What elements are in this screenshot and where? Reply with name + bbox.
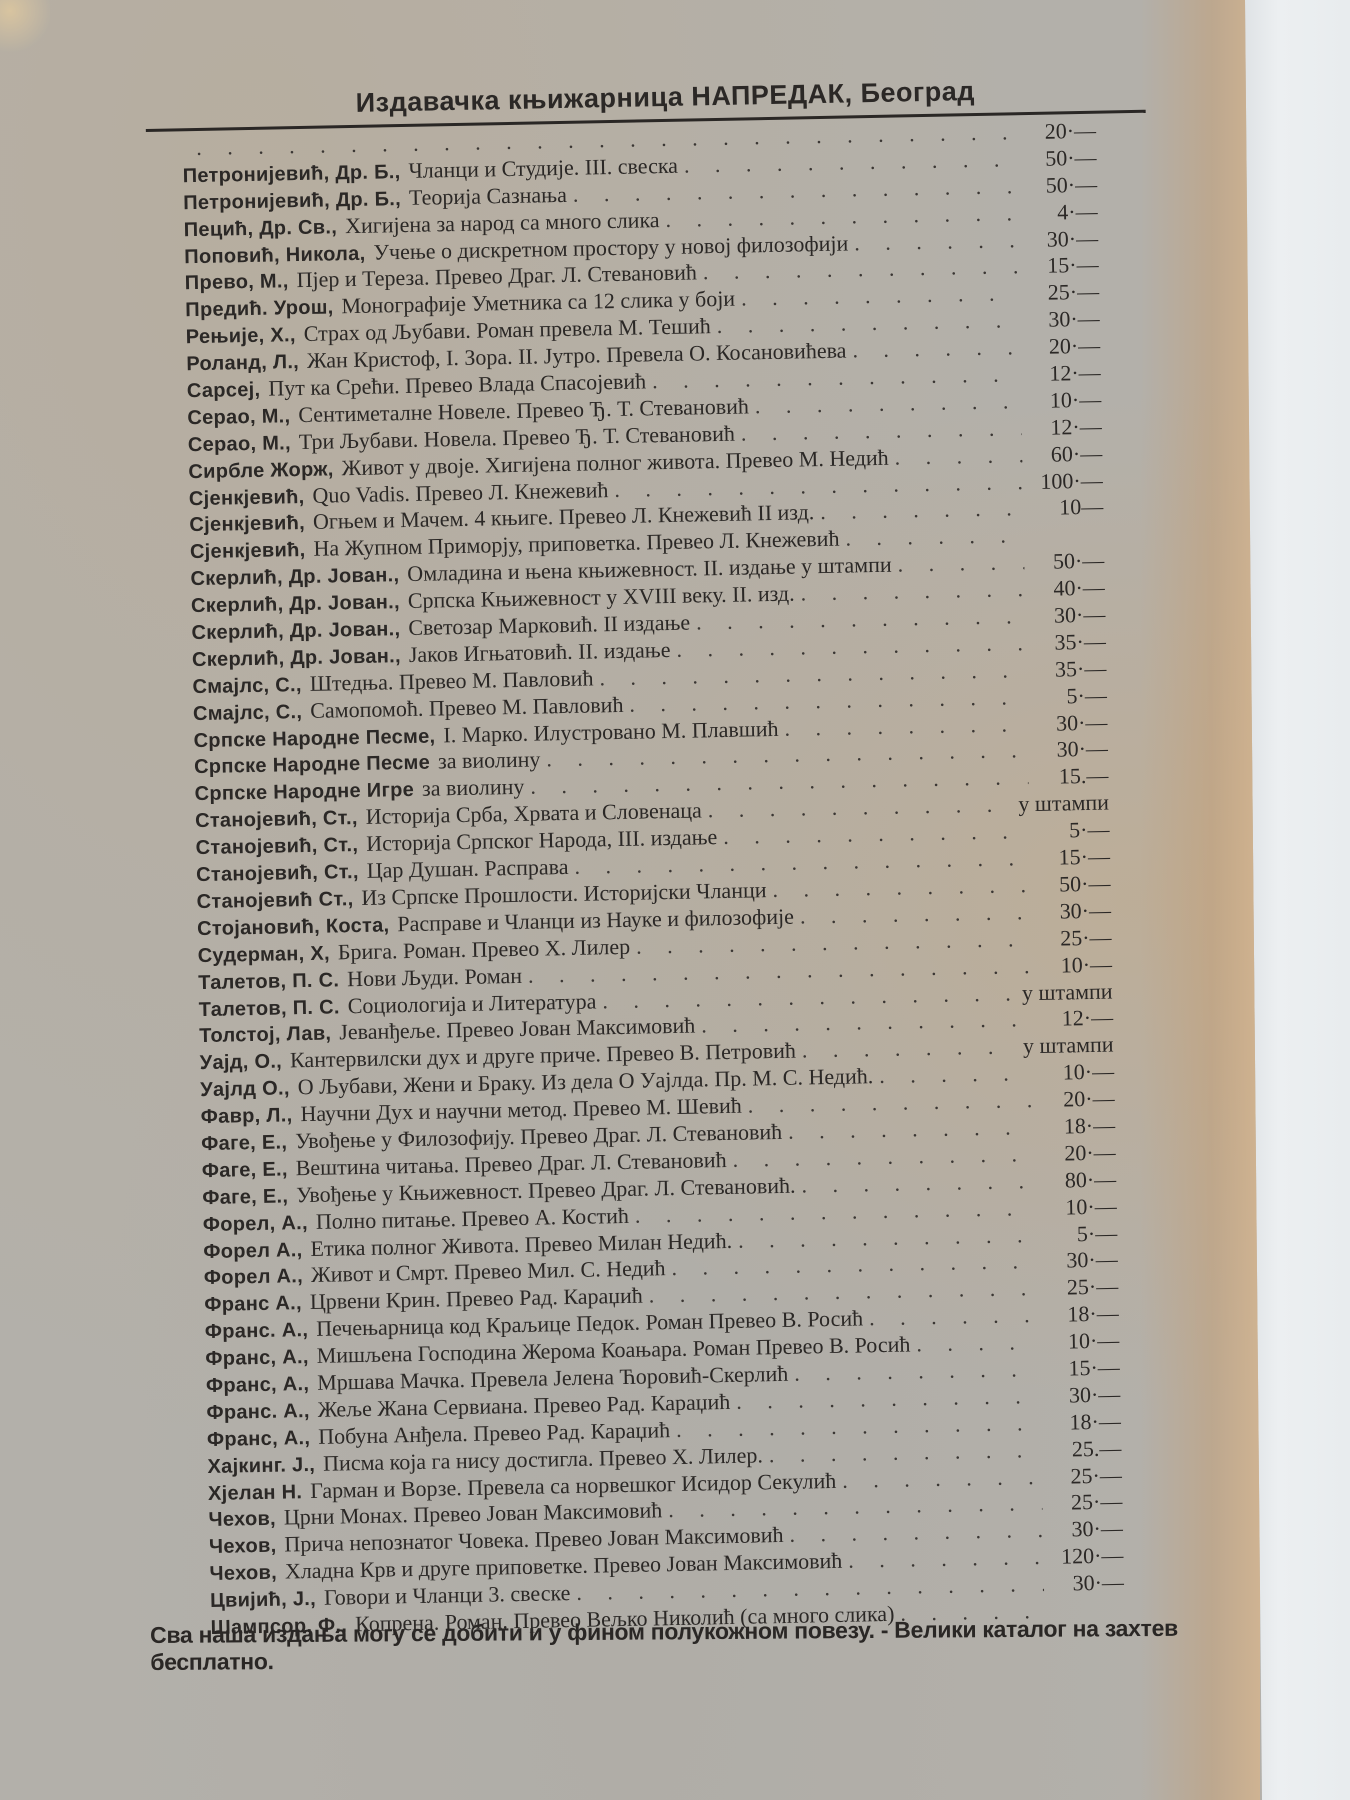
entry-title: за виолину	[438, 747, 541, 776]
entry-price: 50·—	[1030, 548, 1105, 576]
entry-price: 35·—	[1032, 629, 1107, 657]
entry-author: Предић. Урош,	[185, 295, 334, 325]
entry-price: 80·—	[1042, 1166, 1117, 1194]
entry-price: 18·—	[1047, 1408, 1122, 1436]
dot-leader	[869, 1302, 1039, 1332]
entry-title: Цар Душан. Расправа	[367, 854, 569, 885]
entry-author: Талетов, П. С.	[198, 994, 339, 1024]
entry-price: 25·—	[1048, 1462, 1123, 1490]
entry-author: Чехов,	[208, 1506, 276, 1534]
dot-leader	[916, 1329, 1039, 1358]
dot-leader	[897, 549, 1024, 578]
entry-author: Сарсеј,	[187, 377, 261, 405]
entry-author: Скерлић, Др. Јован.,	[191, 616, 400, 647]
entry-author: Форел, А.,	[203, 1210, 309, 1239]
entry-author: Пецић, Др. Св.,	[184, 214, 338, 244]
entry-price: 12·—	[1026, 360, 1101, 388]
entry-price: 25·—	[1048, 1489, 1123, 1517]
entry-price: 15·—	[1046, 1354, 1121, 1382]
entry-author: Уајд, О.,	[200, 1049, 283, 1077]
entry-title: Теорија Сазнања	[409, 182, 567, 212]
entry-author: Франс. А.,	[206, 1398, 310, 1427]
entry-price: 5·—	[1033, 682, 1108, 710]
entry-author: Франс А.,	[204, 1290, 302, 1319]
entry-price: 30·—	[1025, 306, 1100, 334]
entry-price: 20·—	[1026, 333, 1101, 361]
entry-author: Сјенкјевић,	[189, 484, 305, 513]
entry-price: 15.—	[1034, 763, 1109, 791]
entry-price: 18·—	[1045, 1301, 1120, 1329]
entry-price	[1030, 541, 1104, 542]
entry-price: 50·—	[1023, 171, 1098, 199]
entry-price: 30·—	[1037, 897, 1112, 925]
entry-price: 30·—	[1050, 1570, 1125, 1598]
entry-price: 20·—	[1022, 118, 1097, 146]
entry-price: 30·—	[1046, 1381, 1121, 1409]
entry-author: Сирбле Жорж,	[188, 456, 334, 486]
entry-author: Форел А.,	[203, 1237, 303, 1266]
dot-leader	[845, 523, 1024, 553]
entry-author: Прево, М.,	[185, 269, 289, 298]
entry-author: Роланд, Л.,	[186, 349, 299, 378]
entry-price: 30·—	[1043, 1247, 1118, 1275]
entry-author: Смајлс, С.,	[192, 672, 302, 701]
entry-author: Цвијић, Ј.,	[210, 1586, 316, 1615]
footer-note: Сва наша издања могу се добити и у фином…	[150, 1614, 1230, 1676]
entry-author: Чехов,	[209, 1560, 277, 1588]
entry-price: 100·—	[1028, 467, 1103, 495]
entry-price: 30·—	[1031, 602, 1106, 630]
entry-price: 20·—	[1040, 1086, 1115, 1114]
dot-leader	[879, 1060, 1034, 1090]
dot-leader	[842, 1464, 1042, 1495]
entry-author: Станојевић, Ст.,	[196, 859, 359, 889]
entry-author: Форел А.,	[204, 1264, 304, 1293]
entry-price: у штампи	[1023, 1032, 1114, 1061]
entry-author: Толстој, Лав,	[199, 1021, 332, 1050]
entry-author: Фаге, Е.,	[202, 1183, 288, 1212]
entry-price: 25.—	[1047, 1435, 1122, 1463]
dot-leader	[854, 227, 1018, 257]
entry-price: 30·—	[1049, 1516, 1124, 1544]
entry-author: Франс, А.,	[206, 1371, 310, 1400]
entry-author: Скерлић, Др. Јован.,	[190, 562, 399, 593]
page-edge-discoloration	[1140, 0, 1260, 1800]
entry-price: 25·—	[1037, 924, 1112, 952]
entry-author: Серао, М.,	[187, 403, 291, 432]
entry-price: 30·—	[1034, 736, 1109, 764]
entry-author: Рењије, Х.,	[186, 322, 296, 351]
entry-author: Петронијевић, Др. Б.,	[182, 159, 400, 190]
dot-leader	[894, 442, 1022, 471]
entry-price: 10·—	[1038, 951, 1113, 979]
entry-author: Серао, М.,	[188, 430, 292, 459]
entry-author: Сјенкјевић,	[190, 537, 306, 566]
entry-price: 18·—	[1041, 1112, 1116, 1140]
entry-author: Уајлд О.,	[200, 1076, 290, 1105]
entry-author: Хајкинг. Ј.,	[207, 1452, 315, 1481]
entry-author: Станојевић, Ст.,	[195, 832, 358, 862]
entry-author: Фаге, Е.,	[202, 1156, 288, 1185]
entry-price: 15·—	[1024, 252, 1099, 280]
dot-leader	[802, 1034, 1018, 1065]
entry-price: 40·—	[1031, 575, 1106, 603]
entry-price: 20·—	[1041, 1139, 1116, 1167]
entry-author: Станојевић Ст.,	[196, 886, 353, 916]
entry-price: 5·—	[1043, 1220, 1118, 1248]
entry-author: Фаге, Е.,	[201, 1129, 287, 1158]
entry-author: Скерлић, Др. Јован.,	[191, 589, 400, 620]
entry-price: 50·—	[1022, 145, 1097, 173]
entry-price: у штампи	[1018, 790, 1109, 819]
paper-stain	[0, 0, 50, 55]
entry-price: 30·—	[1033, 709, 1108, 737]
entry-price: у штампи	[1022, 978, 1113, 1007]
entry-price: 10·—	[1042, 1193, 1117, 1221]
entry-title: Нови Људи. Роман	[347, 962, 522, 992]
entry-price: 120·—	[1049, 1543, 1124, 1571]
entry-price: 10·—	[1040, 1059, 1115, 1087]
entry-author: Фавр, Л.,	[201, 1102, 293, 1131]
entry-price: 4·—	[1023, 198, 1098, 226]
entry-price: 5·—	[1035, 817, 1110, 845]
entry-author: Смајлс, С.,	[193, 699, 303, 728]
entry-author: Чехов,	[209, 1533, 277, 1561]
book-list: 20·—Петронијевић, Др. Б.,Чланци и Студиј…	[182, 118, 1125, 1641]
dot-leader	[820, 496, 1024, 527]
entry-price: 15·—	[1036, 844, 1111, 872]
entry-author: Франс, А.,	[207, 1425, 311, 1454]
entry-price: 60·—	[1028, 440, 1103, 468]
entry-author: Хјелан Н.	[208, 1479, 303, 1508]
entry-price: 35·—	[1032, 655, 1107, 683]
entry-price: 25·—	[1025, 279, 1100, 307]
entry-author: Франс, А.,	[205, 1344, 309, 1373]
entry-author: Станојевић, Ст.,	[195, 805, 358, 835]
entry-author: Судерман, Х,	[197, 940, 330, 969]
entry-price: 12·—	[1027, 413, 1102, 441]
entry-price: 10·—	[1045, 1328, 1120, 1356]
entry-author: Талетов, П. С.	[198, 967, 339, 997]
entry-author: Франс. А.,	[205, 1317, 309, 1346]
dot-leader	[852, 334, 1020, 364]
catalog-content: Издавачка књижарница НАПРЕДАК, Београд 2…	[195, 69, 1125, 1641]
entry-price: 12·—	[1039, 1005, 1114, 1033]
entry-price: 10·—	[1027, 387, 1102, 415]
entry-price: 10—	[1029, 494, 1104, 522]
entry-price: 50·—	[1036, 871, 1111, 899]
entry-price: 25·—	[1044, 1274, 1119, 1302]
entry-price: 30·—	[1024, 225, 1099, 253]
entry-author: Сјенкјевић,	[189, 510, 305, 539]
dot-leader	[848, 1544, 1044, 1575]
entry-title: за виолину	[422, 774, 525, 803]
